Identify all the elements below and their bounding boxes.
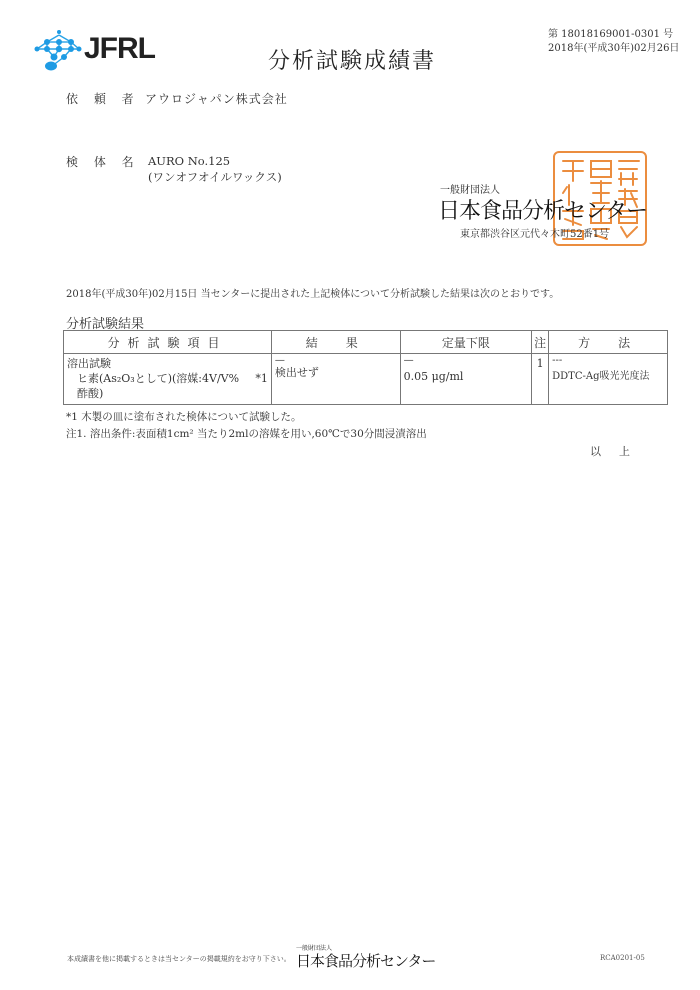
- document-title: 分析試験成績書: [268, 44, 436, 75]
- client-label: 依 頼 者: [66, 90, 140, 107]
- intro-text: 2018年(平成30年)02月15日 当センターに提出された上記検体について分析…: [66, 285, 559, 300]
- limit-dash: —: [404, 356, 529, 365]
- form-code: RCA0201-05: [600, 954, 645, 962]
- test-item-note: *1: [255, 371, 268, 386]
- footnote-1: *1 木製の皿に塗布された検体について試験した。: [66, 409, 427, 426]
- organization-name: 日本食品分析センター: [438, 194, 647, 225]
- test-item: ヒ素(As₂O₃として)(溶媒:4V/V%: [77, 372, 239, 385]
- result-dash: —: [275, 356, 397, 365]
- table-row: 溶出試験 ヒ素(As₂O₃として)(溶媒:4V/V% *1 酢酸) — 検出せず…: [64, 354, 668, 405]
- cell-result: — 検出せず: [271, 354, 400, 405]
- cell-method: --- DDTC-Ag吸光光度法: [549, 354, 668, 405]
- certificate-number: 第 18018169001-0301 号: [548, 28, 679, 42]
- cell-limit: — 0.05 μg/ml: [400, 354, 532, 405]
- table-header-row: 分析試験項目 結 果 定量下限 注 方 法: [64, 331, 668, 354]
- header-result: 結 果: [271, 331, 400, 354]
- footnote-2: 注1. 溶出条件:表面積1cm² 当たり2mlの溶媒を用い,60℃で30分間浸漬…: [66, 426, 427, 443]
- test-item-cont: 酢酸): [67, 386, 268, 401]
- footer-note: 本成績書を他に掲載するときは当センターの掲載規約をお守り下さい。: [67, 954, 291, 964]
- test-item-line: ヒ素(As₂O₃として)(溶媒:4V/V% *1: [67, 371, 268, 386]
- header-note: 注: [532, 331, 549, 354]
- header-limit: 定量下限: [400, 331, 532, 354]
- method-value: DDTC-Ag吸光光度法: [552, 369, 664, 384]
- organization-block: 一般財団法人 日本食品分析センター 東京都渋谷区元代々木町52番1号: [438, 181, 647, 240]
- results-table: 分析試験項目 結 果 定量下限 注 方 法 溶出試験 ヒ素(As₂O₃として)(…: [63, 330, 668, 405]
- header-test-item: 分析試験項目: [64, 331, 272, 354]
- logo-text: JFRL: [84, 32, 155, 66]
- cell-test-item: 溶出試験 ヒ素(As₂O₃として)(溶媒:4V/V% *1 酢酸): [64, 354, 272, 405]
- method-dash: ---: [552, 356, 664, 365]
- result-value: 検出せず: [275, 365, 397, 380]
- limit-value: 0.05 μg/ml: [404, 369, 529, 384]
- jfrl-logo: JFRL: [34, 28, 174, 72]
- issue-date: 2018年(平成30年)02月26日: [548, 42, 679, 56]
- molecule-logo-icon: [34, 28, 84, 72]
- sample-name-block: AURO No.125 (ワンオフオイルワックス): [148, 153, 282, 185]
- footer-org-name: 日本食品分析センター: [296, 950, 435, 971]
- certificate-header: 第 18018169001-0301 号 2018年(平成30年)02月26日: [548, 28, 679, 56]
- client-name: アウロジャパン株式会社: [145, 90, 288, 107]
- sample-subname: (ワンオフオイルワックス): [148, 169, 282, 185]
- sample-name: AURO No.125: [148, 153, 282, 169]
- header-method: 方 法: [549, 331, 668, 354]
- organization-address: 東京都渋谷区元代々木町52番1号: [460, 225, 647, 240]
- closing-mark: 以上: [590, 443, 648, 459]
- cell-note: 1: [532, 354, 549, 405]
- footnotes: *1 木製の皿に塗布された検体について試験した。 注1. 溶出条件:表面積1cm…: [66, 409, 427, 443]
- test-category: 溶出試験: [67, 356, 268, 371]
- footer-organization: 一般財団法人 日本食品分析センター: [296, 943, 435, 971]
- sample-label: 検 体 名: [66, 153, 140, 170]
